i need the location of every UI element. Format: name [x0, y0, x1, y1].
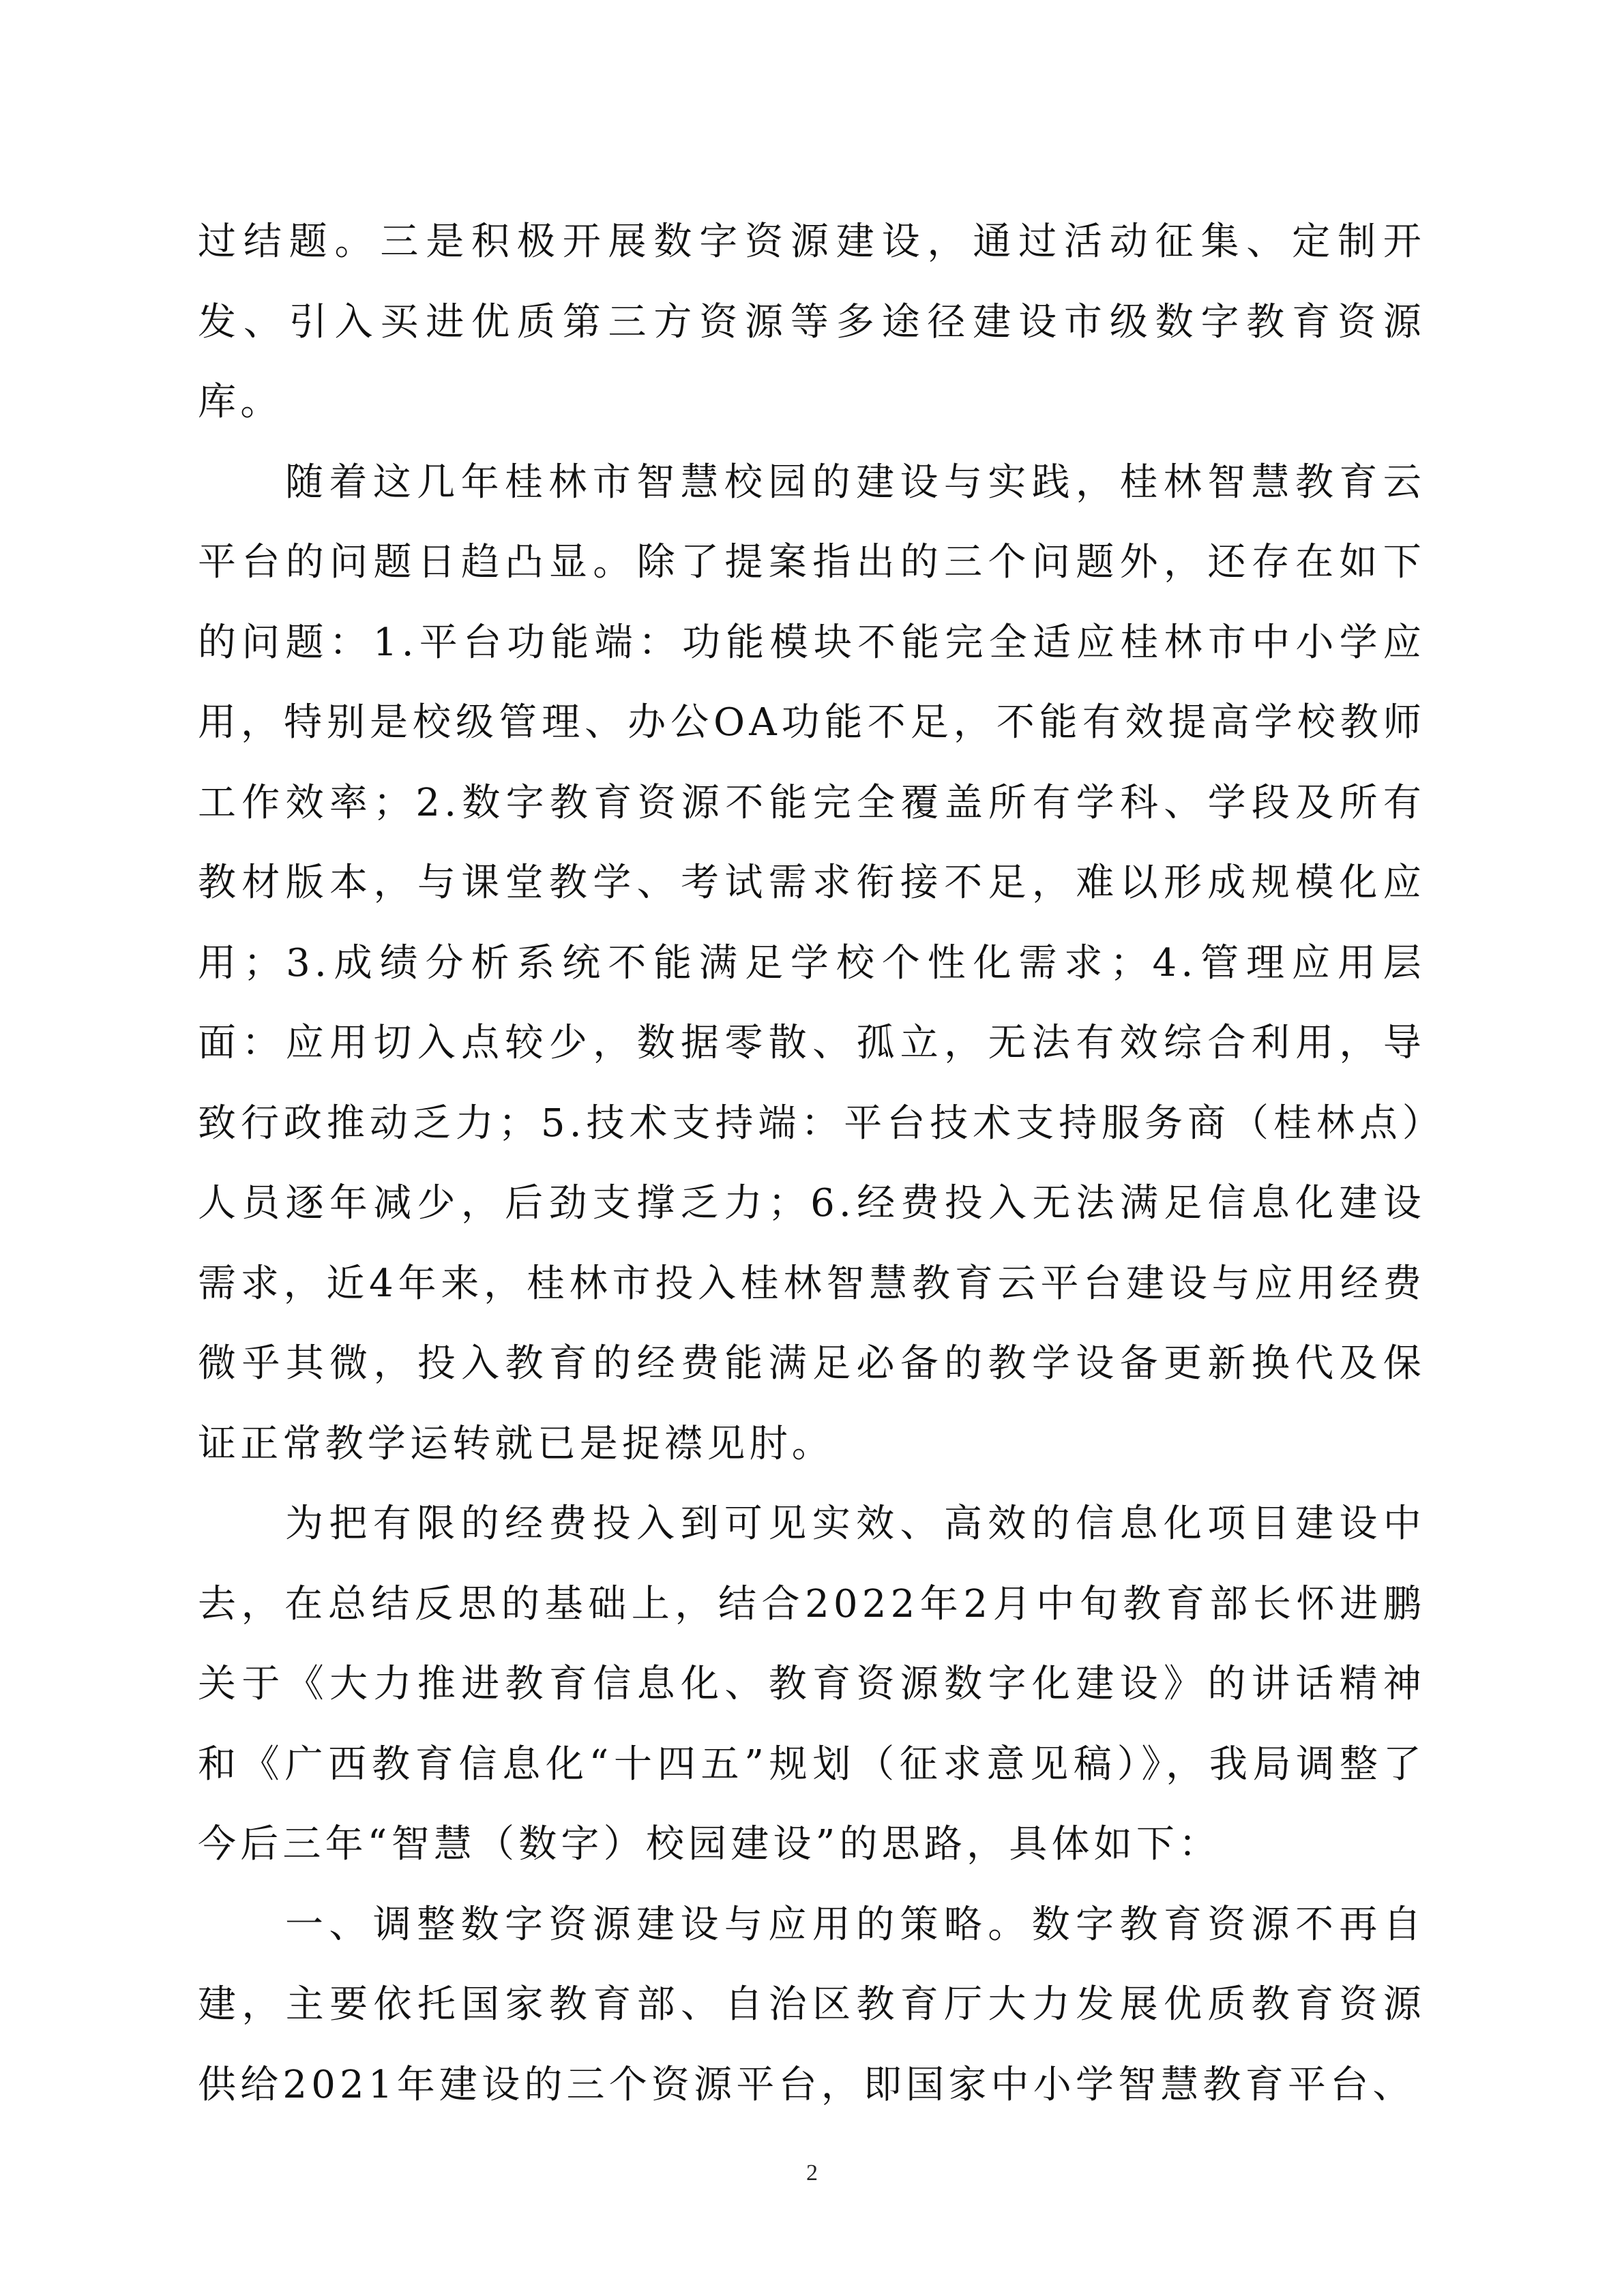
paragraph-1: 过结题。三是积极开展数字资源建设，通过活动征集、定制开发、引入买进优质第三方资源… [198, 202, 1426, 443]
document-page: 过结题。三是积极开展数字资源建设，通过活动征集、定制开发、引入买进优质第三方资源… [0, 0, 1624, 2296]
paragraph-3: 为把有限的经费投入到可见实效、高效的信息化项目建设中去，在总结反思的基础上，结合… [198, 1484, 1426, 1885]
paragraph-2: 随着这几年桂林市智慧校园的建设与实践，桂林智慧教育云平台的问题日趋凸显。除了提案… [198, 443, 1426, 1485]
paragraph-4: 一、调整数字资源建设与应用的策略。数字教育资源不再自建，主要依托国家教育部、自治… [198, 1885, 1426, 2126]
document-body: 过结题。三是积极开展数字资源建设，通过活动征集、定制开发、引入买进优质第三方资源… [198, 202, 1426, 2125]
page-number: 2 [0, 2160, 1624, 2186]
